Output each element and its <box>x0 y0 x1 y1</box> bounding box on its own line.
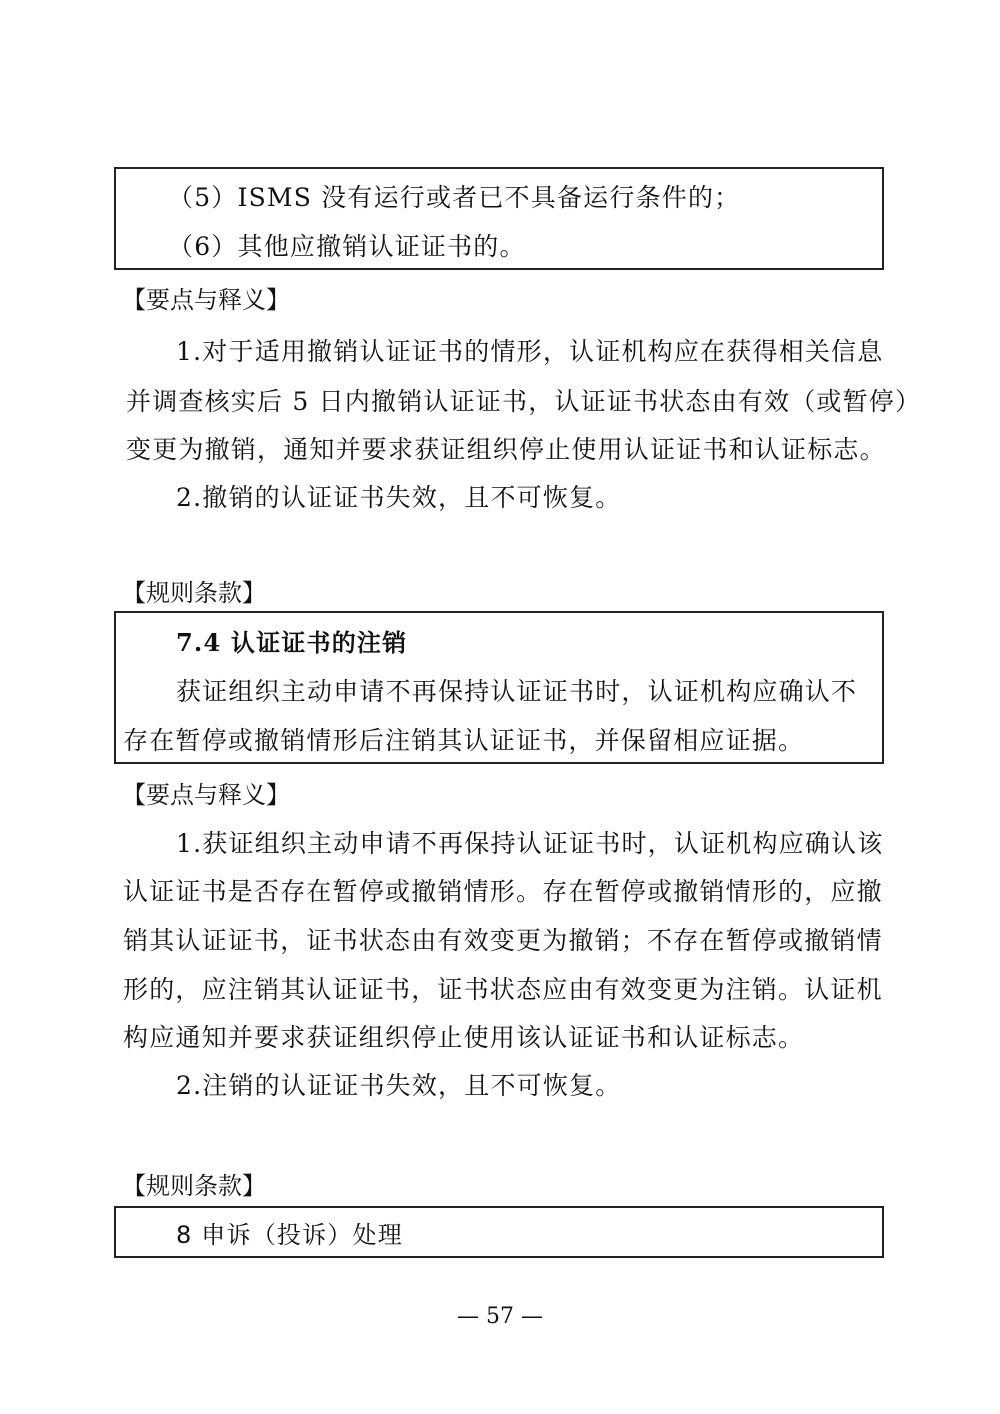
section-heading-rule-clause: 【规则条款】 <box>122 1171 266 1201</box>
section-heading-rule-clause: 【规则条款】 <box>122 578 266 608</box>
section-heading-key-points: 【要点与释义】 <box>122 285 290 315</box>
clause-title: 7.4 认证证书的注销 <box>176 628 407 658</box>
section-heading-key-points: 【要点与释义】 <box>122 780 290 810</box>
rule-item-6: （6）其他应撤销认证证书的。 <box>168 232 526 262</box>
rule-item-5: （5）ISMS 没有运行或者已不具备运行条件的； <box>168 183 740 213</box>
clause-line: 存在暂停或撤销情形后注销其认证证书，并保留相应证据。 <box>123 726 804 756</box>
paragraph-line: 2.注销的认证证书失效，且不可恢复。 <box>176 1071 621 1101</box>
paragraph-line: 1.获证组织主动申请不再保持认证证书时，认证机构应确认该 <box>176 829 883 859</box>
paragraph-line: 形的，应注销其认证证书，证书状态应由有效变更为注销。认证机 <box>123 975 883 1005</box>
paragraph-line: 2.撤销的认证证书失效，且不可恢复。 <box>176 483 621 513</box>
paragraph-line: 认证证书是否存在暂停或撤销情形。存在暂停或撤销情形的，应撤 <box>123 877 883 907</box>
clause-line: 获证组织主动申请不再保持认证证书时，认证机构应确认不 <box>176 677 857 707</box>
clause-title: 8 申诉（投诉）处理 <box>176 1220 403 1250</box>
paragraph-line: 变更为撤销，通知并要求获证组织停止使用认证证书和认证标志。 <box>126 435 886 465</box>
paragraph-line: 并调查核实后 5 日内撤销认证证书，认证证书状态由有效（或暂停） <box>126 387 921 417</box>
paragraph-line: 1.对于适用撤销认证证书的情形，认证机构应在获得相关信息 <box>176 337 883 367</box>
page-number: — 57 — <box>0 1304 1000 1329</box>
paragraph-line: 构应通知并要求获证组织停止使用该认证证书和认证标志。 <box>123 1023 804 1053</box>
paragraph-line: 销其认证证书，证书状态由有效变更为撤销；不存在暂停或撤销情 <box>123 926 883 956</box>
